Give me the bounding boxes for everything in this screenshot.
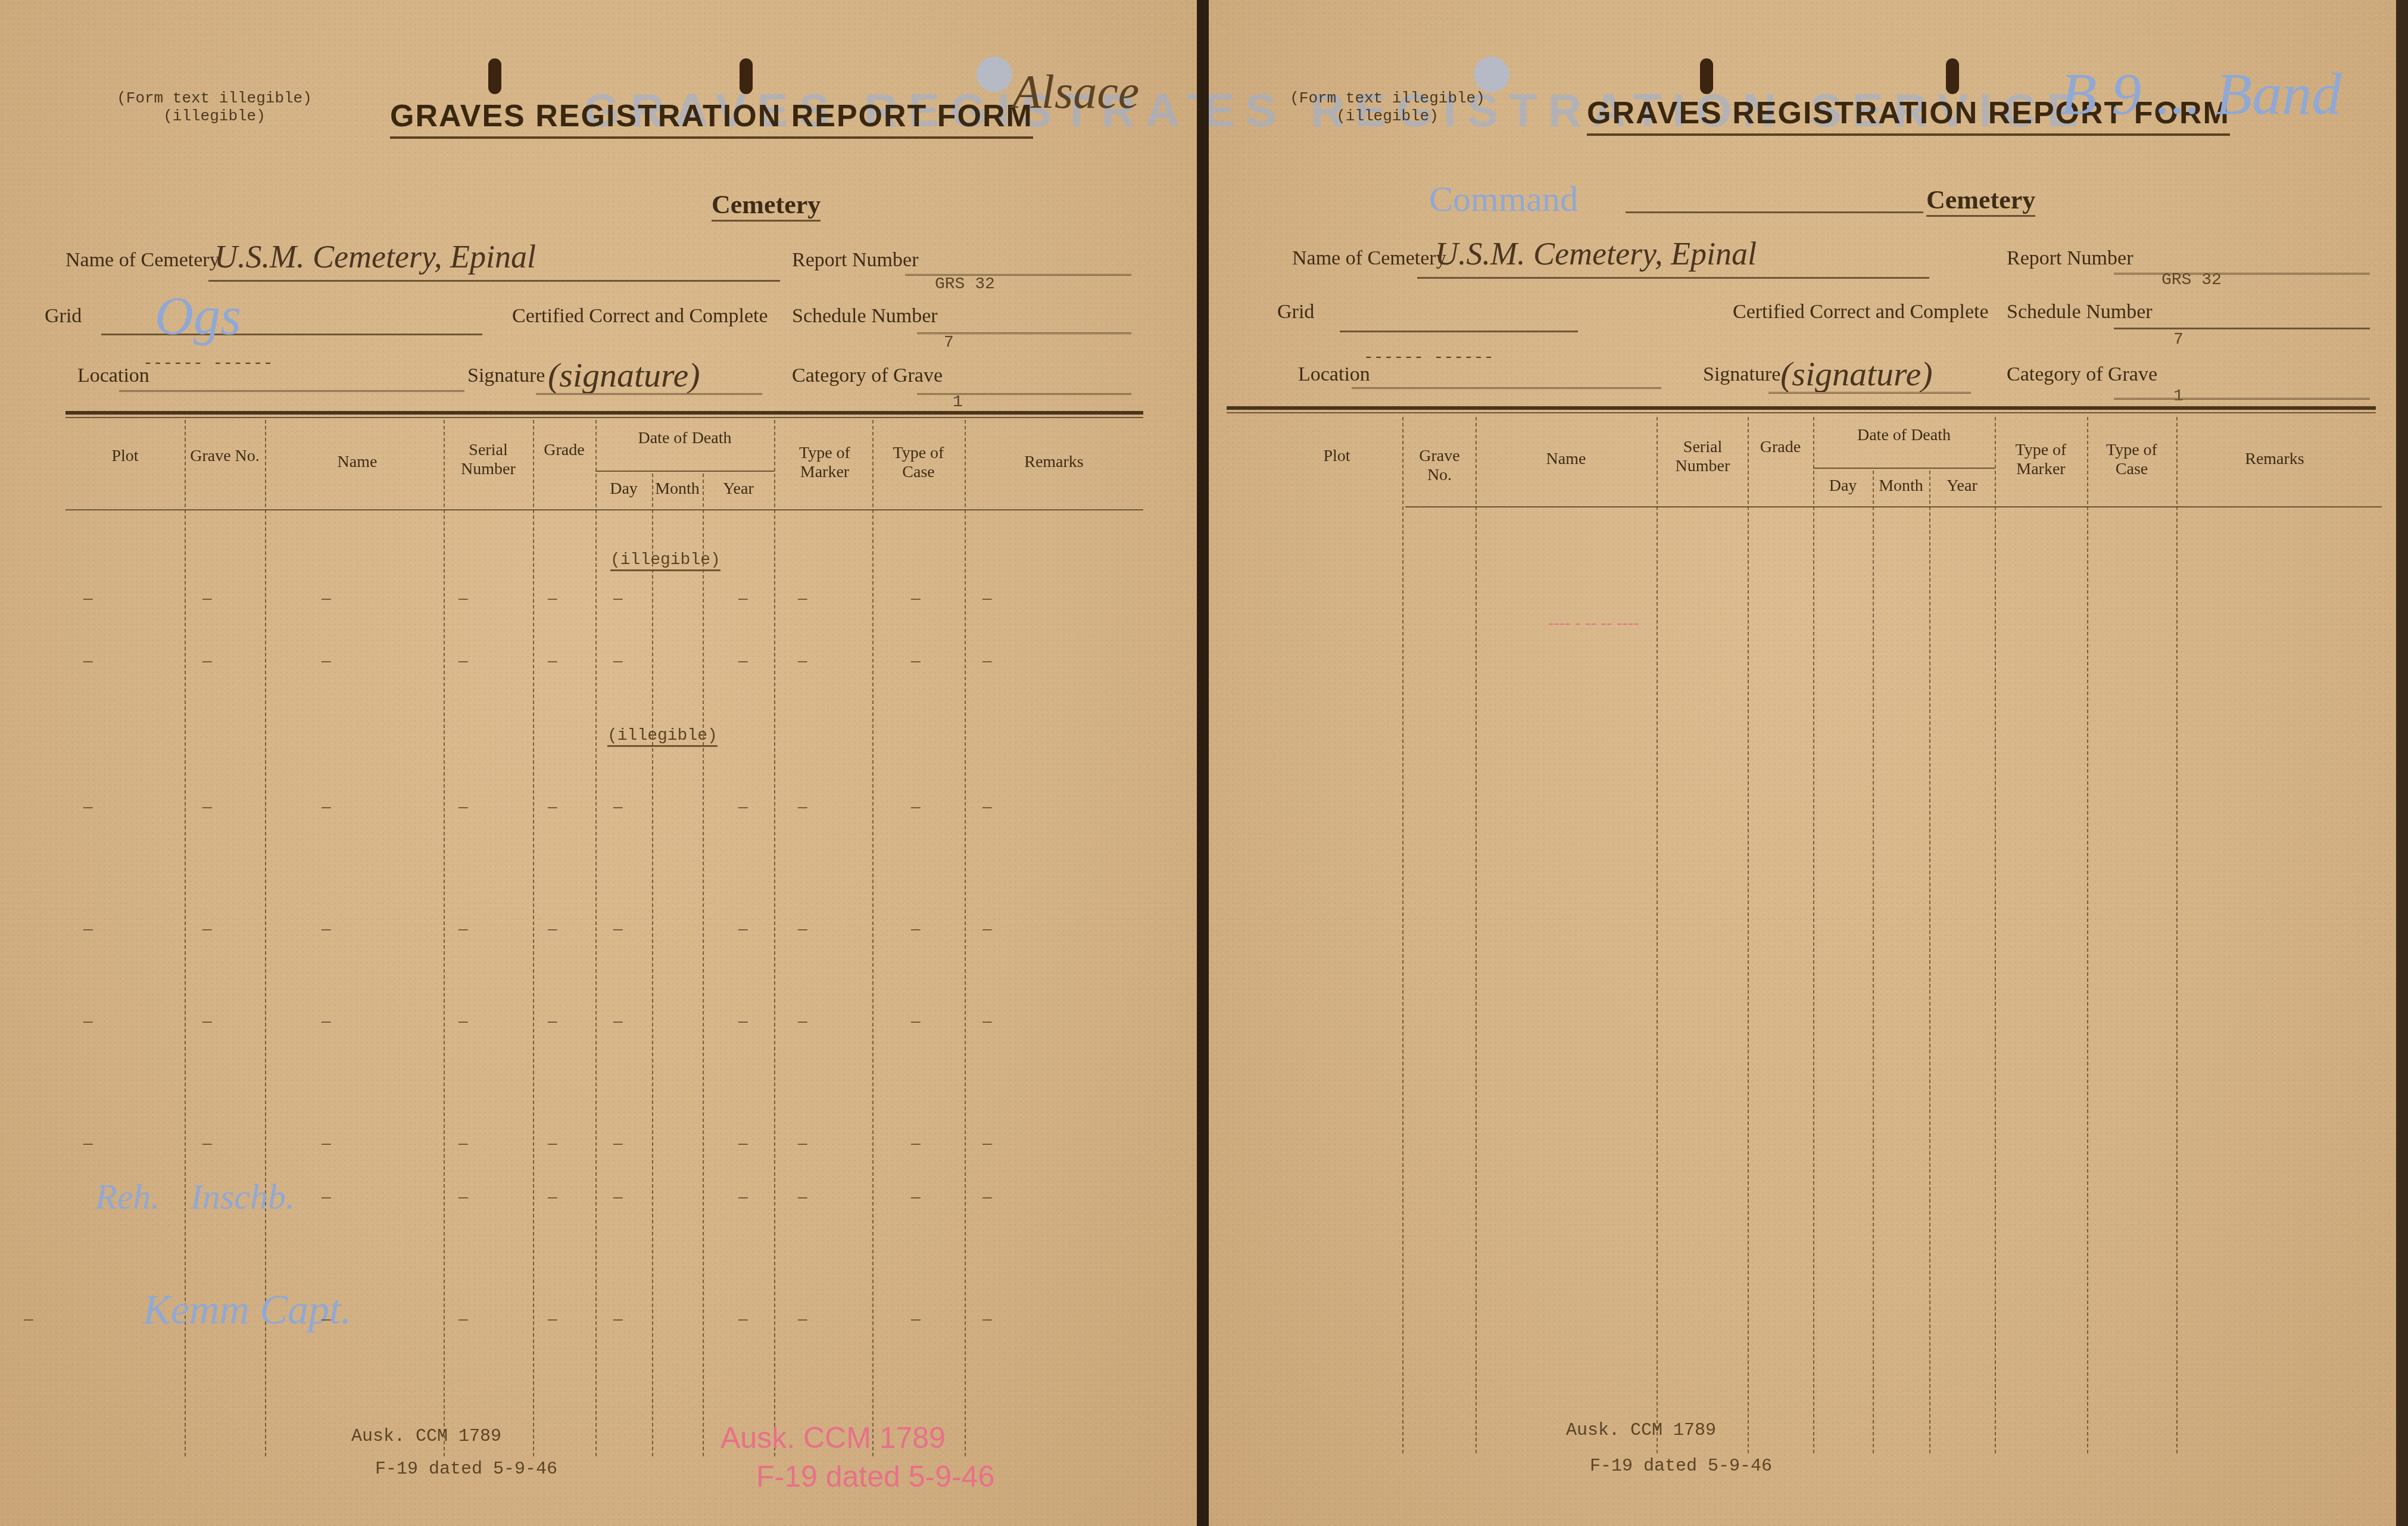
table-section-heading: (illegible) [610, 551, 720, 571]
name-of-cemetery-value: U.S.M. Cemetery, Epinal [1435, 235, 1757, 272]
schedule-number-label: Schedule Number [792, 305, 938, 328]
location-label: Location [1298, 363, 1370, 386]
col-header-remarks: Remarks [977, 453, 1131, 472]
document-spread: GRAVES REGISTRATION SERVICE (Form text i… [0, 0, 2408, 1526]
location-value: ------ ------ [1364, 348, 1493, 367]
bottom-note-line-2: F-19 dated 5-9-46 [375, 1459, 557, 1480]
pink-small-annotation: ---- - -- -- ---- [1548, 613, 1639, 633]
name-of-cemetery-label: Name of Cemetery [1292, 247, 1446, 270]
report-number-label: Report Number [2007, 247, 2133, 270]
category-of-grave-value: 1 [2173, 387, 2184, 406]
category-of-grave-label: Category of Grave [2007, 363, 2157, 386]
name-of-cemetery-value: U.S.M. Cemetery, Epinal [214, 238, 536, 275]
schedule-number-label: Schedule Number [2007, 301, 2153, 323]
location-value: ------ ------ [143, 354, 273, 373]
col-header-type-of-case: Type of Case [875, 444, 962, 482]
top-right-handwriting: Alsace [1012, 66, 1139, 120]
form-header-lines: (Form text illegible) (illegible) [60, 89, 369, 125]
grid-label: Grid [1277, 301, 1314, 323]
name-of-cemetery-label: Name of Cemetery [65, 249, 220, 272]
section-title-cemetery: Cemetery [712, 189, 821, 222]
schedule-number-value: 7 [2173, 331, 2184, 349]
col-header-grave: Grave No. [188, 447, 262, 466]
col-header-remarks: Remarks [2185, 450, 2364, 469]
binding-hole [488, 58, 501, 94]
col-header-plot: Plot [1298, 447, 1375, 466]
signature-value: (signature) [1780, 354, 1933, 394]
col-subheader-year: Year [1932, 477, 1992, 496]
table-top-rule [65, 411, 1143, 415]
blue-handwriting-grid: Ogs [155, 286, 241, 347]
bottom-note-line-2: F-19 dated 5-9-46 [1590, 1456, 1772, 1477]
col-subheader-day: Day [598, 479, 649, 499]
form-header-lines: (Form text illegible) (illegible) [1233, 89, 1542, 125]
left-page: GRAVES REGISTRATION SERVICE (Form text i… [0, 0, 1197, 1526]
col-header-grade: Grade [536, 441, 592, 460]
col-header-date-of-death: Date of Death [1816, 426, 1992, 445]
location-label: Location [77, 365, 149, 387]
bottom-note-line-1: Ausk. CCM 1789 [1566, 1421, 1716, 1441]
pink-annotation-line-2: F-19 dated 5-9-46 [756, 1459, 994, 1494]
top-right-handwriting: B 9 ... Band [2060, 60, 2341, 128]
certified-correct-label: Certified Correct and Complete [1733, 301, 1989, 323]
col-subheader-day: Day [1816, 477, 1870, 496]
table-header-rule [65, 509, 1143, 510]
signature-value: (signature) [548, 355, 700, 395]
section-title-cemetery: Cemetery [1926, 185, 2035, 217]
col-header-serial: Serial Number [1660, 438, 1746, 476]
col-header-type-of-marker: Type of Marker [780, 444, 869, 482]
category-of-grave-label: Category of Grave [792, 365, 943, 387]
col-header-name: Name [1506, 450, 1626, 469]
col-header-type-of-marker: Type of Marker [1998, 441, 2084, 479]
table-section-heading: (illegible) [607, 727, 718, 747]
bottom-note-line-1: Ausk. CCM 1789 [351, 1427, 501, 1447]
grid-label: Grid [45, 305, 82, 328]
col-header-date-of-death: Date of Death [598, 429, 771, 448]
col-header-grade: Grade [1751, 438, 1810, 457]
col-header-name: Name [298, 453, 417, 472]
pink-annotation-line-1: Ausk. CCM 1789 [720, 1421, 946, 1455]
col-subheader-year: Year [706, 479, 771, 499]
signature-label: Signature [467, 365, 545, 387]
col-subheader-month: Month [655, 479, 700, 499]
faint-command-label: Command [1429, 179, 1578, 220]
right-page: GRAVES REGISTRATION SERVICE (Form text i… [1197, 0, 2396, 1526]
col-header-plot: Plot [89, 447, 161, 466]
col-header-type-of-case: Type of Case [2090, 441, 2173, 479]
col-header-serial: Serial Number [447, 441, 530, 479]
table-header-rule [1405, 506, 2382, 507]
report-number-label: Report Number [792, 249, 918, 272]
form-title: GRAVES REGISTRATION REPORT FORM [390, 98, 1033, 139]
col-subheader-month: Month [1876, 477, 1926, 496]
signature-label: Signature [1703, 363, 1780, 386]
col-header-grave: Grave No. [1405, 447, 1474, 485]
certified-correct-label: Certified Correct and Complete [512, 305, 768, 328]
table-top-rule [1227, 406, 2376, 410]
